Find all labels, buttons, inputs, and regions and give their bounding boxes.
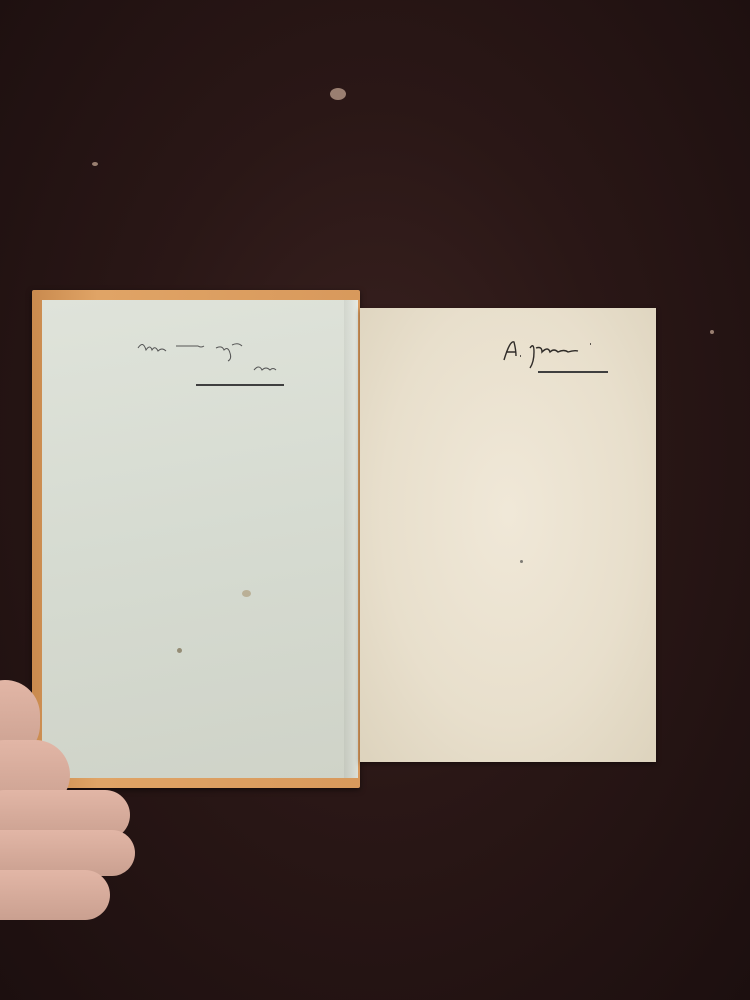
right-flyleaf: A. (illegible signature) [360,308,656,762]
underline [196,384,284,386]
table-speck [92,162,98,166]
signature-underline [538,371,608,373]
ink-dot [520,560,523,563]
holding-hand [0,680,140,1000]
table-speck [330,88,346,100]
foxing-spot [242,590,251,597]
photo-scene: Not to be taken away (illegible) A. (ill… [0,0,750,1000]
handwriting-scribble [136,338,296,378]
table-speck [710,330,714,334]
signature: A. (illegible signature) [500,334,654,354]
foxing-spot [177,648,182,653]
page-hinge [344,300,358,778]
